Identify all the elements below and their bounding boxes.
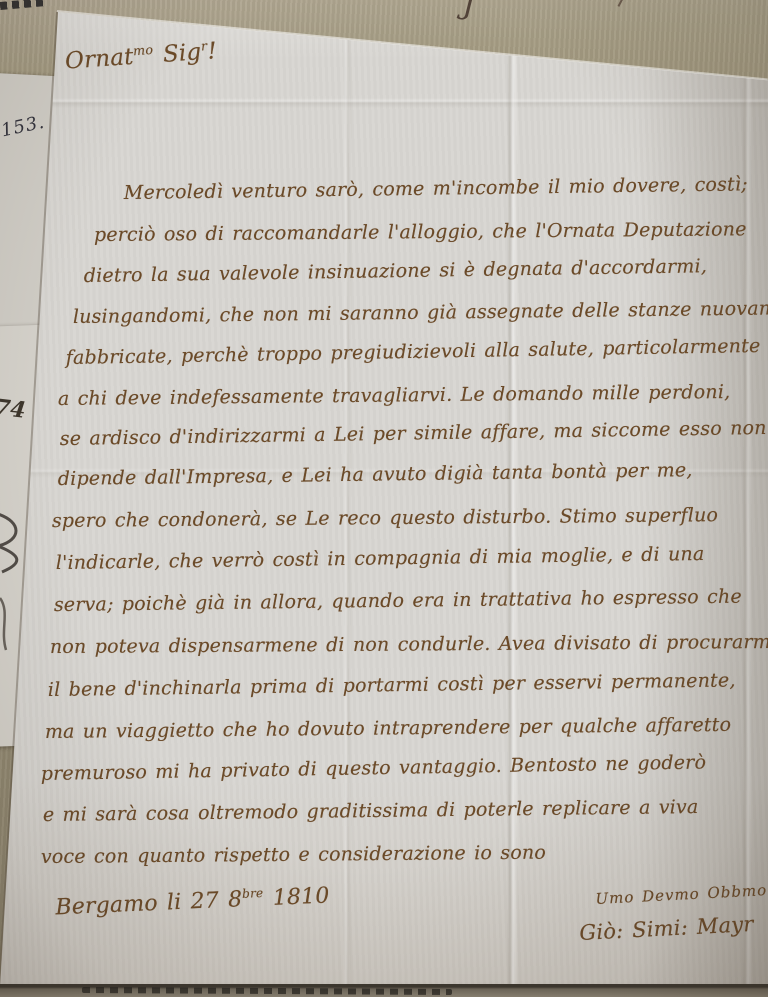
- letter-line: ma un viaggietto che ho dovuto intrapren…: [45, 714, 732, 743]
- letter-line: dipende dall'Impresa, e Lei ha avuto dig…: [58, 459, 693, 490]
- letter-line: serva; poichè già in allora, quando era …: [54, 586, 742, 616]
- letter-line: voce con quanto rispetto e considerazion…: [41, 842, 546, 868]
- letter-line: il bene d'inchinarla prima di portarmi c…: [48, 669, 736, 701]
- letter-line: l'indicarle, che verrò costì in compagni…: [56, 543, 705, 574]
- letter-line: dietro la sua valevole insinuazione si è…: [84, 255, 708, 287]
- letter-line: a chi deve indefessamente travagliarvi. …: [58, 381, 731, 410]
- valediction: Umo Devmo Obbmo Servo: [595, 878, 768, 908]
- letter-line: premuroso mi ha privato di questo vantag…: [41, 751, 707, 785]
- dateline: Bergamo li 27 8bre 1810: [55, 883, 330, 920]
- letter-line: se ardisco d'indirizzarmi a Lei per simi…: [60, 417, 767, 450]
- letter-line: e mi sarà cosa oltremodo graditissima di…: [43, 796, 699, 826]
- photographed-letter: 153. 74 ʃ Ornatmo Sigr! Mercoledì ventur…: [0, 0, 768, 997]
- letter-line: fabbricate, perchè troppo pregiudizievol…: [66, 335, 761, 369]
- letter-line: Mercoledì venturo sarò, come m'incombe i…: [124, 173, 748, 204]
- signature: Giò: Simi: Mayr: [579, 912, 754, 945]
- handwriting-layer: Ornatmo Sigr! Mercoledì venturo sarò, co…: [0, 0, 768, 997]
- letter-line: spero che condonerà, se Le reco questo d…: [52, 504, 718, 532]
- salutation: Ornatmo Sigr!: [64, 37, 218, 74]
- letter-line: perciò oso di raccomandarle l'alloggio, …: [94, 218, 747, 246]
- letter-line: non poteva dispensarmene di non condurle…: [50, 631, 768, 658]
- letter-line: lusingandomi, che non mi saranno già ass…: [73, 297, 768, 328]
